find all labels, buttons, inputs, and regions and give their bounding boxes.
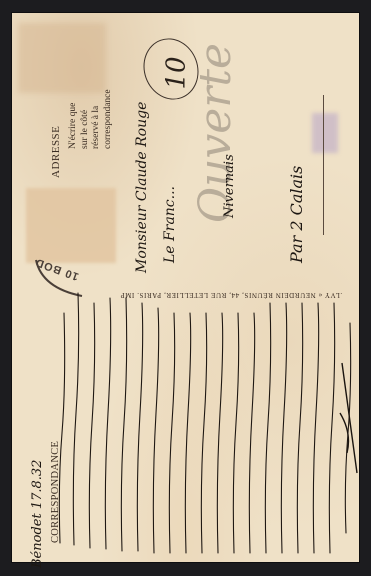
postcard: ADRESSE N'écrire que sur le côté réservé… [12,13,359,562]
handwritten-message-icon [12,13,359,562]
signature [340,363,357,473]
